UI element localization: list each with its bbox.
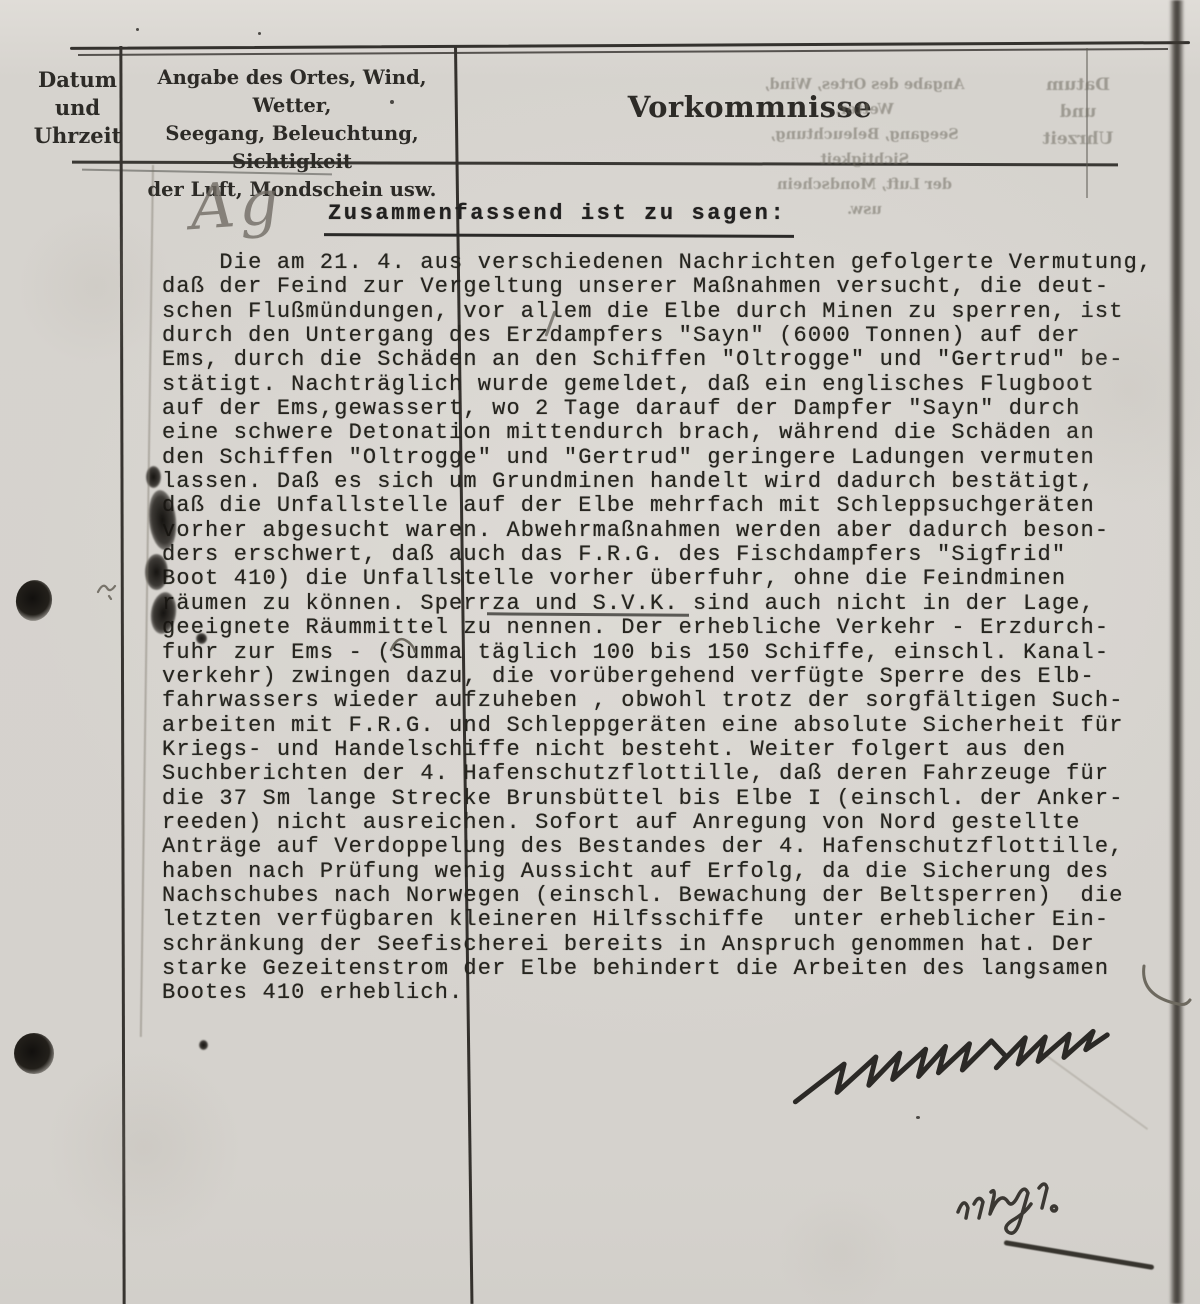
mirrored-text-line: und <box>1022 99 1134 126</box>
body-line: Die am 21. 4. aus verschiedenen Nachrich… <box>162 251 1172 275</box>
mirrored-text-line: Seegang, Beleuchtung, Sichtigkeit <box>762 122 967 172</box>
mirrored-text-line: Datum <box>1022 72 1134 99</box>
pencil-loop-mark <box>388 634 418 656</box>
datum-column-divider <box>119 46 125 1304</box>
body-line: vorher abgesucht waren. Abwehrmaßnahmen … <box>162 519 1172 543</box>
header-cell-datum-und-uhrzeit: DatumundUhrzeit <box>30 66 125 150</box>
body-line: fuhr zur Ems - (Summa täglich 100 bis 15… <box>162 641 1172 665</box>
punch-hole <box>14 1033 54 1074</box>
paper-speck <box>258 32 261 35</box>
header-text-line: Angabe des Ortes, Wind, Wetter, <box>133 64 451 120</box>
body-line: Bootes 410 erheblich. <box>162 981 1172 1005</box>
body-line: eine schwere Detonation mittendurch brac… <box>162 421 1172 445</box>
body-line: schränkung der Seefischerei bereits in A… <box>162 933 1172 957</box>
body-line: Kriegs- und Handelschiffe nicht besteht.… <box>162 738 1172 762</box>
body-line: fahrwassers wieder aufzuheben , obwohl t… <box>162 689 1172 713</box>
body-line: arbeiten mit F.R.G. und Schleppgeräten e… <box>162 714 1172 738</box>
body-line: Ems, durch die Schäden an den Schiffen "… <box>162 348 1172 372</box>
body-line: auf der Ems,gewassert, wo 2 Tage darauf … <box>162 397 1172 421</box>
paper-speck <box>916 1116 920 1119</box>
body-line: durch den Untergang des Erzdampfers "Say… <box>162 324 1172 348</box>
body-line: geeignete Räummittel zu nennen. Der erhe… <box>162 616 1172 640</box>
header-text-line: und <box>30 94 125 122</box>
mirrored-text-line: Angabe des Ortes, Wind, Wetter, <box>762 72 967 122</box>
bleedthrough-mirrored-datum-header: DatumundUhrzeit <box>1022 72 1134 153</box>
body-line: den Schiffen "Oltrogge" und "Gertrud" ge… <box>162 446 1172 470</box>
top-double-rule-thin <box>78 48 1168 56</box>
diary-body-text: Die am 21. 4. aus verschiedenen Nachrich… <box>162 251 1172 1006</box>
paper-speck <box>136 28 139 31</box>
paper-crease <box>140 165 154 1037</box>
mirrored-text-line: Uhrzeit <box>1022 126 1134 153</box>
handwritten-note <box>950 1170 1140 1242</box>
body-line: daß der Feind zur Vergeltung unserer Maß… <box>162 275 1172 299</box>
body-line: starke Gezeitenstrom der Elbe behindert … <box>162 957 1172 981</box>
summary-title: Zusammenfassend ist zu sagen: <box>328 201 786 226</box>
pencil-annotation: Ag <box>188 165 285 244</box>
signature <box>785 1008 1138 1110</box>
ink-speck <box>196 633 207 644</box>
pencil-hook-mark <box>1140 964 1195 1010</box>
pencil-tick-mark <box>94 576 122 600</box>
body-line: haben nach Prüfung wenig Aussicht auf Er… <box>162 860 1172 884</box>
header-cell-ortsangabe-wetter: Angabe des Ortes, Wind, Wetter,Seegang, … <box>133 64 451 204</box>
body-line: Anträge auf Verdoppelung des Bestandes d… <box>162 835 1172 859</box>
body-line: Nachschubes nach Norwegen (einschl. Bewa… <box>162 884 1172 908</box>
body-line: Boot 410) die Unfallstelle vorher überfu… <box>162 567 1172 591</box>
body-line: verkehr) zwingen dazu, die vorübergehend… <box>162 665 1172 689</box>
body-line: reeden) nicht ausreichen. Sofort auf Anr… <box>162 811 1172 835</box>
bleedthrough-mirrored-weather-header: Angabe des Ortes, Wind, Wetter,Seegang, … <box>762 72 967 222</box>
header-text-line: Uhrzeit <box>30 122 125 150</box>
body-line: daß die Unfallstelle auf der Elbe mehrfa… <box>162 494 1172 518</box>
handwritten-note-underline <box>1004 1240 1155 1270</box>
body-line: lassen. Daß es sich um Grundminen handel… <box>162 470 1172 494</box>
ink-speck <box>199 1040 208 1050</box>
body-line: räumen zu können. Sperrza und S.V.K. sin… <box>162 592 1172 616</box>
body-line: ders erschwert, daß auch das F.R.G. des … <box>162 543 1172 567</box>
body-line: letzten verfügbaren kleineren Hilfsschif… <box>162 908 1172 932</box>
body-line: schen Flußmündungen, vor allem die Elbe … <box>162 300 1172 324</box>
punch-hole <box>13 577 56 624</box>
header-text-line: der Luft, Mondschein usw. <box>133 176 451 204</box>
body-line: Suchberichten der 4. Hafenschutzflottill… <box>162 762 1172 786</box>
body-line: stätigt. Nachträglich wurde gemeldet, da… <box>162 373 1172 397</box>
paper-speck <box>390 100 394 104</box>
summary-title-underline <box>324 233 794 238</box>
kriegstagebuch-scan-page: DatumundUhrzeit Angabe des Ortes, Wind, … <box>0 0 1200 1304</box>
header-text-line: Seegang, Beleuchtung, Sichtigkeit <box>133 120 451 176</box>
header-text-line: Datum <box>30 66 125 94</box>
mirrored-text-line: der Luft, Mondschein usw. <box>762 172 967 222</box>
body-line: die 37 Sm lange Strecke Brunsbüttel bis … <box>162 787 1172 811</box>
